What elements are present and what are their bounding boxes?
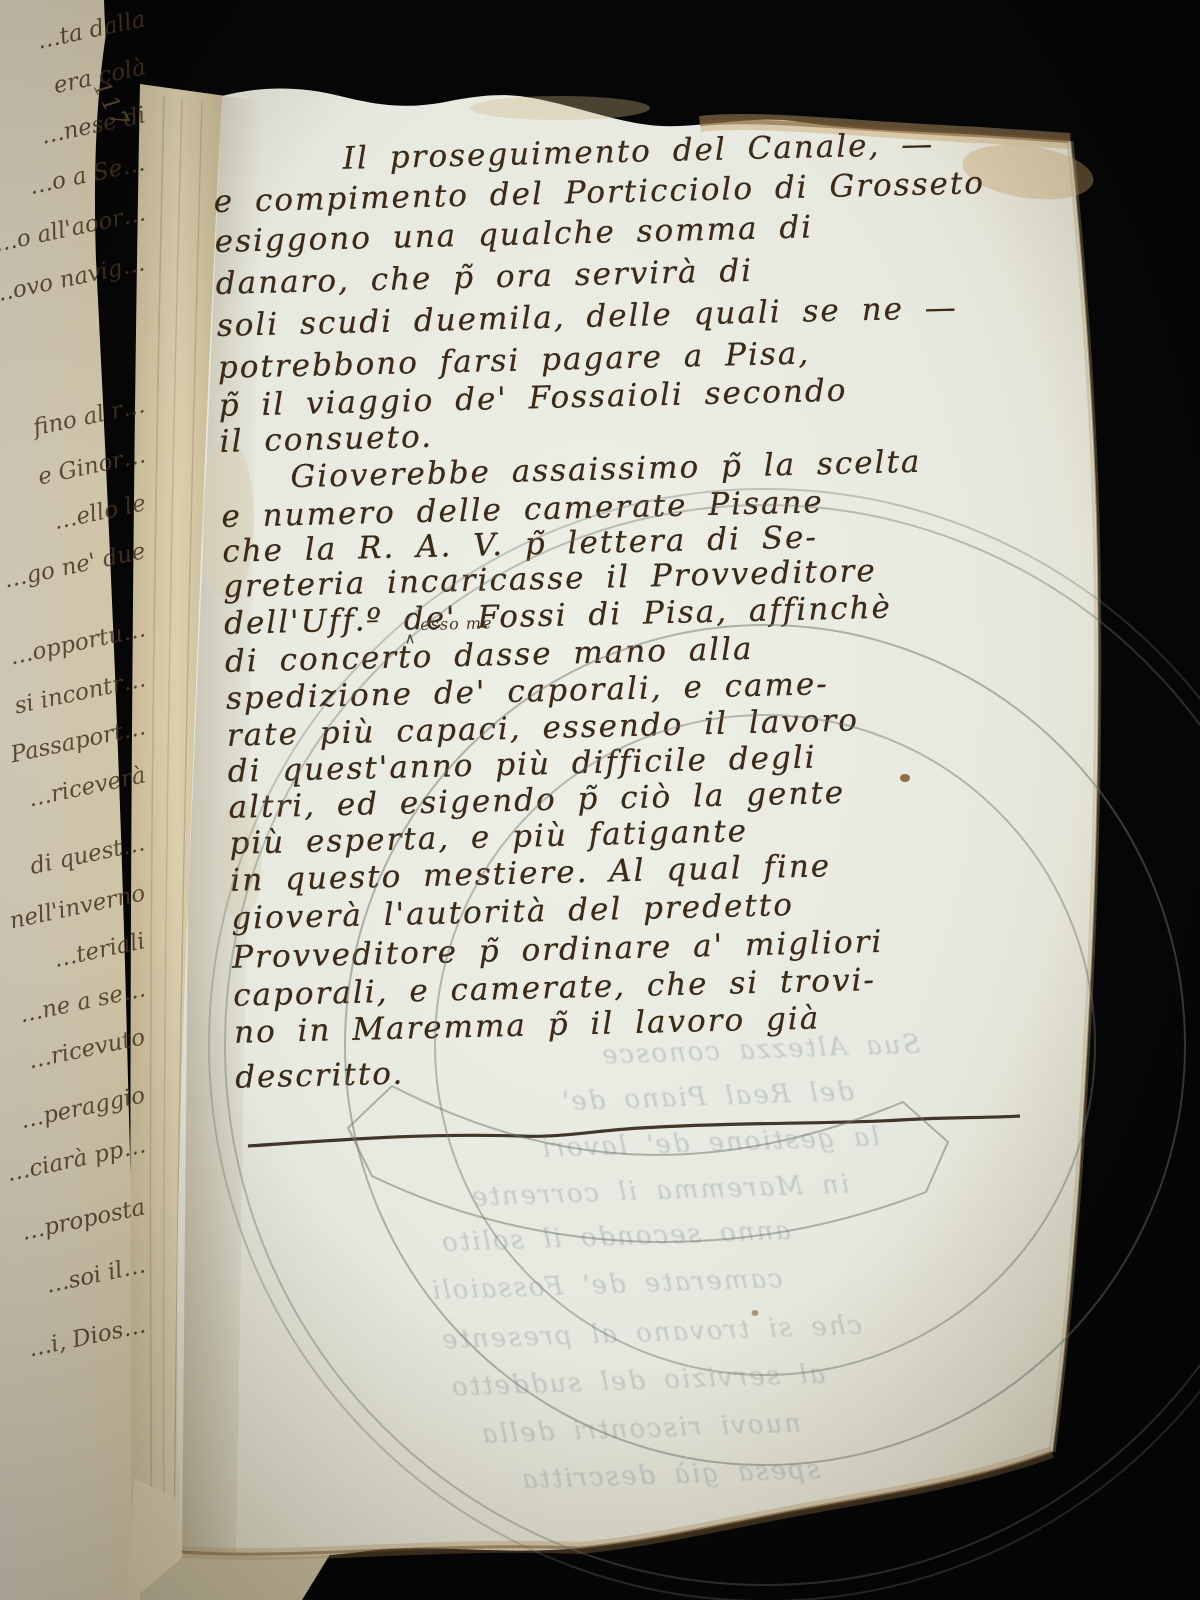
manuscript-line: il consueto. bbox=[219, 419, 433, 460]
left-fragment: …opportu… bbox=[7, 616, 148, 670]
left-fragment: di quest… bbox=[28, 830, 147, 880]
top-stain bbox=[470, 96, 650, 120]
left-fragment: …peraggio bbox=[18, 1082, 147, 1134]
left-fragment: nell'inverno bbox=[7, 880, 147, 934]
left-fragment: …go ne' due bbox=[1, 538, 147, 593]
left-fragment: …ne a se… bbox=[17, 976, 148, 1028]
left-fragment: …ricevuto bbox=[26, 1024, 148, 1074]
left-fragment: …soi il… bbox=[43, 1252, 147, 1298]
left-fragment: …ta dalla bbox=[35, 6, 148, 54]
manuscript-photo: …ta dalla era colà …nese di …o a Se… …o … bbox=[0, 0, 1200, 1600]
left-fragment: …teriali bbox=[52, 928, 148, 973]
left-fragment: …nese di bbox=[38, 102, 147, 150]
left-fragment: …o all'aoor… bbox=[0, 200, 148, 258]
manuscript-line: descritto. bbox=[235, 1056, 405, 1096]
left-fragment: …ciarà pp… bbox=[4, 1132, 148, 1187]
left-fragment: si incontr… bbox=[12, 666, 148, 719]
left-fragment: …ello le bbox=[51, 490, 148, 535]
left-fragment: fino al r… bbox=[31, 392, 148, 441]
left-fragment: …proposta bbox=[19, 1194, 148, 1246]
left-fragment: …ovo navig… bbox=[0, 250, 148, 308]
left-fragment: …riceverà bbox=[26, 762, 148, 812]
left-page-text: …ta dalla era colà …nese di …o a Se… …o … bbox=[0, 0, 148, 1600]
left-fragment: Passaport… bbox=[8, 714, 148, 768]
interline-note: esso me bbox=[420, 613, 493, 634]
ink-spot bbox=[752, 1310, 759, 1316]
left-fragment: e Ginor… bbox=[35, 442, 147, 490]
insertion-caret: ∧ bbox=[404, 629, 415, 647]
left-fragment: …i, Dios… bbox=[25, 1312, 147, 1362]
manuscript-line: danaro, che p̃ ora servirà di bbox=[215, 253, 753, 302]
left-fragment: …o a Se… bbox=[27, 150, 147, 200]
manuscript-text-block: Il proseguimento del Canale, — e compime… bbox=[212, 108, 1056, 1118]
